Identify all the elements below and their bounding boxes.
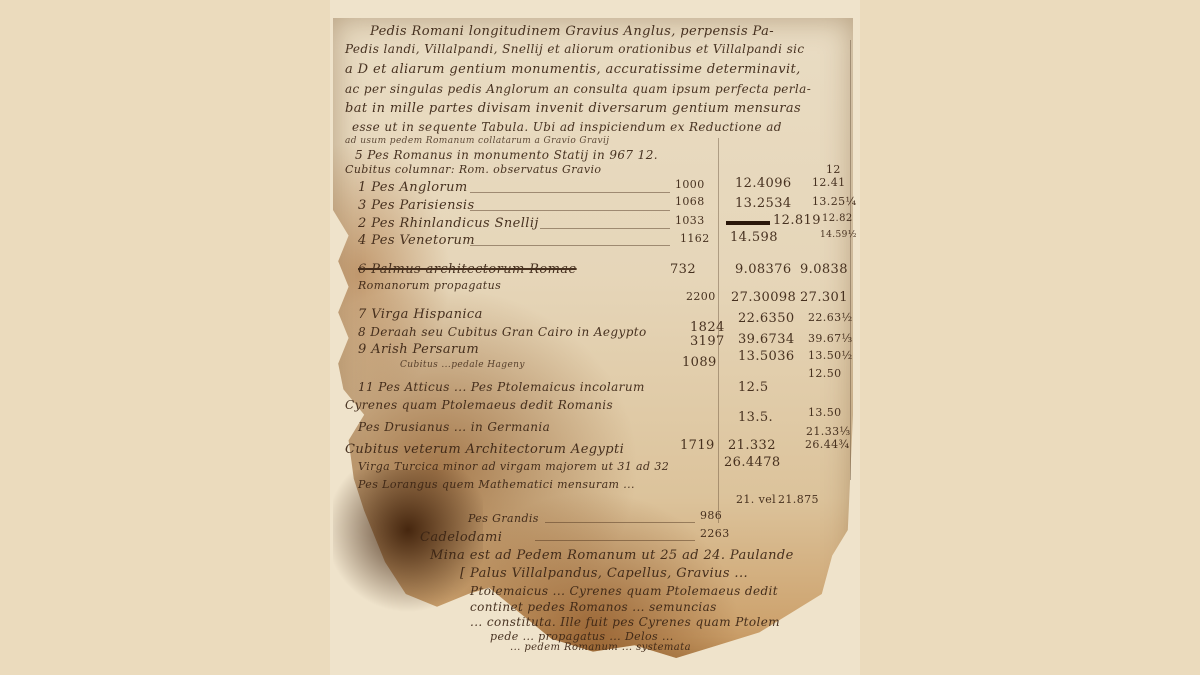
table-row-label: Cubitus ...pedale Hageny [400,360,525,370]
right-page-edge-line [850,40,851,480]
table-cell-aliter: 26.44¾ [805,438,850,451]
table-cell-reductio: 39.6734 [738,332,795,347]
leader-line [470,210,670,211]
table-cell-reductio: 14.598 [730,230,778,245]
table-cell-aliter: 14.59½ [820,230,857,240]
leader-line [535,540,695,541]
footer-line: ... constituta. Ille fuit pes Cyrenes qu… [470,615,780,629]
table-cell-reductio: 13.5. [738,410,773,425]
table-row-label: Pes Grandis [468,512,539,525]
table-cell-gravij: 2200 [686,290,716,303]
table-cell-aliter: 39.67⅓ [808,332,853,345]
table-cell-reductio: 26.4478 [724,455,781,470]
table-cell-reductio: 9.08376 [735,262,792,277]
table-cell-gravij: 1824 [690,320,725,335]
leader-line [540,228,670,229]
footer-line: continet pedes Romanos ... semuncias [470,600,717,614]
table-cell-gravij: 1033 [675,214,705,227]
header-line: 5 Pes Romanus in monumento Statij in 967… [355,148,658,162]
table-row-label: 7 Virga Hispanica [358,307,483,322]
table-cell-aliter: 12.82 [822,213,853,224]
table-cell-aliter: 21.33⅓ [806,425,851,438]
table-row-label: 6 Palmus architectorum Romae [358,262,577,277]
header-line: esse ut in sequente Tabula. Ubi ad inspi… [352,120,782,134]
table-cell-reductio: 12.819 [773,213,821,228]
header-line: ad usum pedem Romanum collatarum a Gravi… [345,136,609,146]
table-cell-reductio: 12.5 [738,380,769,395]
table-cell-reductio: 21. vel [736,493,776,506]
footer-line: [ Palus Villalpandus, Capellus, Gravius … [460,566,748,581]
footer-line: Mina est ad Pedem Romanum ut 25 ad 24. P… [430,548,794,563]
table-cell-aliter: 12.50 [808,367,842,380]
table-cell-gravij: 1162 [680,232,710,245]
table-row-label: 9 Arish Persarum [358,342,479,357]
table-cell-reductio: 13.5036 [738,349,795,364]
table-cell-reductio: 21.332 [728,438,776,453]
table-row-label: Cadelodami [420,530,502,545]
table-cell-aliter: 12 [826,163,841,176]
table-row-label: Cubitus columnar: Rom. observatus Gravio [345,163,601,176]
table-row-label: 11 Pes Atticus ... Pes Ptolemaicus incol… [358,380,645,394]
footer-line: Ptolemaicus ... Cyrenes quam Ptolemaeus … [470,584,778,598]
header-line: Pedis Romani longitudinem Gravius Anglus… [370,24,774,39]
header-line: ac per singulas pedis Anglorum an consul… [345,82,811,96]
table-cell-gravij: 1719 [680,438,715,453]
table-row-label: Virga Turcica minor ad virgam majorem ut… [358,460,669,473]
leader-line [470,192,670,193]
table-row-label: Romanorum propagatus [358,279,501,292]
table-cell-reductio: 27.30098 [731,290,796,305]
table-row-label: 8 Deraah seu Cubitus Gran Cairo in Aegyp… [358,325,647,339]
leader-line [545,522,695,523]
header-line: Pedis landi, Villalpandi, Snellij et ali… [345,42,805,56]
table-cell-gravij: 732 [670,262,696,277]
table-cell-aliter: 21.875 [778,493,819,506]
table-cell-aliter: 22.63½ [808,311,853,324]
table-cell-aliter: 9.0838 [800,262,848,277]
table-cell-gravij: 3197 [690,334,725,349]
header-line: bat in mille partes divisam invenit dive… [345,101,801,116]
header-line: a D et aliarum gentium monumentis, accur… [345,62,801,77]
table-cell-gravij: 1000 [675,178,705,191]
table-cell-gravij: 1068 [675,195,705,208]
table-row-label: 3 Pes Parisiensis [358,198,475,213]
table-row-label: Cyrenes quam Ptolemaeus dedit Romanis [345,398,613,412]
table-cell-reductio: 12.4096 [735,176,792,191]
table-cell-gravij: 986 [700,509,722,522]
table-cell-aliter: 27.301 [800,290,848,305]
table-cell-gravij: 2263 [700,527,730,540]
table-row-label: 2 Pes Rhinlandicus Snellij [358,216,539,231]
table-row-label: Pes Drusianus ... in Germania [358,420,550,434]
table-row-label: 1 Pes Anglorum [358,180,468,195]
table-cell-aliter: 13.25¼ [812,195,857,208]
table-cell-reductio: 13.2534 [735,196,792,211]
table-row-label: Pes Lorangus quem Mathematici mensuram .… [358,478,635,491]
table-cell-aliter: 13.50½ [808,349,853,362]
table-row-label: 4 Pes Venetorum [358,233,475,248]
table-row-label: Cubitus veterum Architectorum Aegypti [345,442,624,457]
table-cell-reductio: 22.6350 [738,311,795,326]
table-cell-aliter: 13.50 [808,406,842,419]
table-cell-gravij: 1089 [682,355,717,370]
strike-mark [726,221,770,225]
table-cell-aliter: 12.41 [812,176,846,189]
leader-line [470,245,670,246]
footer-line: ... pedem Romanum ... systemata [510,642,691,653]
